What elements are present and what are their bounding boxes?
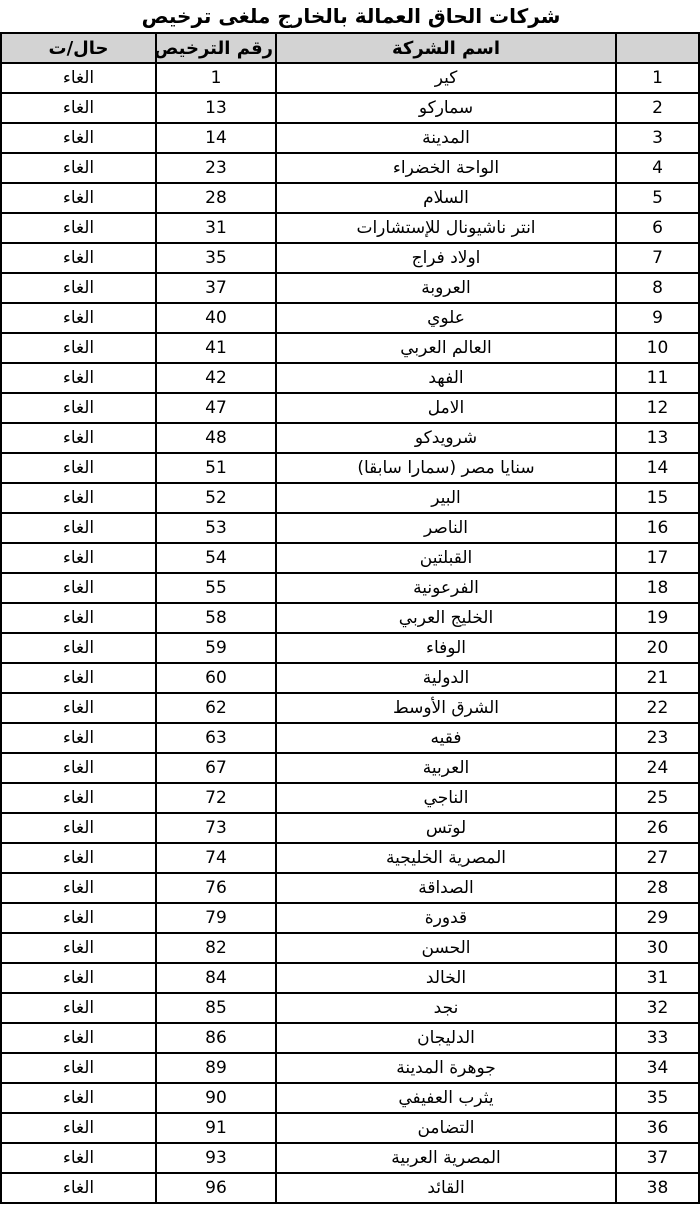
status-cell: الغاء (0, 573, 155, 603)
status-cell: الغاء (0, 1173, 155, 1203)
license-number-cell: 31 (155, 213, 275, 243)
license-number-cell: 28 (155, 183, 275, 213)
license-number-cell: 91 (155, 1113, 275, 1143)
table-row: 2سماركو13الغاء (0, 93, 698, 123)
row-number-cell: 10 (615, 333, 698, 363)
company-name-cell: البير (275, 483, 615, 513)
company-name-cell: نجد (275, 993, 615, 1023)
document-page: شركات الحاق العمالة بالخارج ملغى ترخيص ا… (0, 0, 700, 1206)
row-number-cell: 6 (615, 213, 698, 243)
row-number-cell: 29 (615, 903, 698, 933)
license-number-cell: 35 (155, 243, 275, 273)
company-name-cell: الصداقة (275, 873, 615, 903)
status-cell: الغاء (0, 183, 155, 213)
table-row: 25الناجي72الغاء (0, 783, 698, 813)
table-row: 29قدورة79الغاء (0, 903, 698, 933)
status-cell: الغاء (0, 423, 155, 453)
row-number-cell: 24 (615, 753, 698, 783)
row-number-cell: 14 (615, 453, 698, 483)
status-cell: الغاء (0, 783, 155, 813)
table-body: 1كير1الغاء2سماركو13الغاء3المدينة14الغاء4… (0, 63, 698, 1203)
row-number-cell: 19 (615, 603, 698, 633)
company-name-cell: اولاد فراج (275, 243, 615, 273)
status-cell: الغاء (0, 153, 155, 183)
table-row: 34جوهرة المدينة89الغاء (0, 1053, 698, 1083)
license-number-cell: 40 (155, 303, 275, 333)
status-cell: الغاء (0, 483, 155, 513)
company-name-cell: شرويدكو (275, 423, 615, 453)
status-cell: الغاء (0, 543, 155, 573)
status-cell: الغاء (0, 243, 155, 273)
table-row: 23فقيه63الغاء (0, 723, 698, 753)
table-row: 14سنايا مصر (سمارا سابقا)51الغاء (0, 453, 698, 483)
row-number-cell: 23 (615, 723, 698, 753)
license-number-cell: 1 (155, 63, 275, 93)
table-row: 27المصرية الخليجية74الغاء (0, 843, 698, 873)
company-name-cell: جوهرة المدينة (275, 1053, 615, 1083)
license-number-cell: 72 (155, 783, 275, 813)
row-number-cell: 17 (615, 543, 698, 573)
license-number-cell: 89 (155, 1053, 275, 1083)
row-number-cell: 1 (615, 63, 698, 93)
companies-table: اسم الشركة رقم الترخيص حال/ت 1كير1الغاء2… (0, 32, 699, 1204)
row-number-cell: 13 (615, 423, 698, 453)
license-number-cell: 60 (155, 663, 275, 693)
table-row: 32نجد85الغاء (0, 993, 698, 1023)
license-number-cell: 53 (155, 513, 275, 543)
row-number-cell: 31 (615, 963, 698, 993)
table-row: 8العروبة37الغاء (0, 273, 698, 303)
table-row: 33الدليجان86الغاء (0, 1023, 698, 1053)
row-number-cell: 4 (615, 153, 698, 183)
table-row: 18الفرعونية55الغاء (0, 573, 698, 603)
company-name-cell: الفرعونية (275, 573, 615, 603)
license-number-cell: 85 (155, 993, 275, 1023)
table-header: اسم الشركة رقم الترخيص حال/ت (0, 33, 698, 63)
license-number-cell: 14 (155, 123, 275, 153)
status-cell: الغاء (0, 513, 155, 543)
company-name-cell: المدينة (275, 123, 615, 153)
table-row: 22الشرق الأوسط62الغاء (0, 693, 698, 723)
row-number-cell: 2 (615, 93, 698, 123)
status-cell: الغاء (0, 753, 155, 783)
row-number-cell: 7 (615, 243, 698, 273)
table-row: 26لوتس73الغاء (0, 813, 698, 843)
license-number-cell: 13 (155, 93, 275, 123)
table-row: 19الخليج العربي58الغاء (0, 603, 698, 633)
table-row: 16الناصر53الغاء (0, 513, 698, 543)
license-number-cell: 63 (155, 723, 275, 753)
status-cell: الغاء (0, 333, 155, 363)
license-number-cell: 41 (155, 333, 275, 363)
table-header-row: اسم الشركة رقم الترخيص حال/ت (0, 33, 698, 63)
table-row: 24العربية67الغاء (0, 753, 698, 783)
table-row: 6انتر ناشيونال للإستشارات31الغاء (0, 213, 698, 243)
row-number-cell: 37 (615, 1143, 698, 1173)
company-name-cell: الوفاء (275, 633, 615, 663)
status-cell: الغاء (0, 393, 155, 423)
row-number-cell: 35 (615, 1083, 698, 1113)
license-number-cell: 73 (155, 813, 275, 843)
status-cell: الغاء (0, 93, 155, 123)
row-number-cell: 33 (615, 1023, 698, 1053)
row-number-cell: 27 (615, 843, 698, 873)
license-number-cell: 84 (155, 963, 275, 993)
license-number-cell: 54 (155, 543, 275, 573)
company-name-cell: الدولية (275, 663, 615, 693)
company-name-cell: الدليجان (275, 1023, 615, 1053)
company-name-cell: الفهد (275, 363, 615, 393)
company-name-cell: الواحة الخضراء (275, 153, 615, 183)
company-name-cell: كير (275, 63, 615, 93)
license-number-cell: 86 (155, 1023, 275, 1053)
row-number-cell: 25 (615, 783, 698, 813)
table-row: 13شرويدكو48الغاء (0, 423, 698, 453)
status-cell: الغاء (0, 933, 155, 963)
license-number-cell: 67 (155, 753, 275, 783)
status-cell: الغاء (0, 1113, 155, 1143)
row-number-cell: 9 (615, 303, 698, 333)
status-cell: الغاء (0, 1143, 155, 1173)
company-name-cell: العالم العربي (275, 333, 615, 363)
row-number-cell: 30 (615, 933, 698, 963)
row-number-cell: 12 (615, 393, 698, 423)
license-number-cell: 51 (155, 453, 275, 483)
company-name-cell: العروبة (275, 273, 615, 303)
license-number-cell: 58 (155, 603, 275, 633)
company-name-cell: قدورة (275, 903, 615, 933)
company-name-cell: سنايا مصر (سمارا سابقا) (275, 453, 615, 483)
table-row: 35يثرب العفيفي90الغاء (0, 1083, 698, 1113)
table-row: 28الصداقة76الغاء (0, 873, 698, 903)
status-cell: الغاء (0, 963, 155, 993)
table-row: 7اولاد فراج35الغاء (0, 243, 698, 273)
row-number-cell: 32 (615, 993, 698, 1023)
license-number-cell: 90 (155, 1083, 275, 1113)
table-row: 17القبلتين54الغاء (0, 543, 698, 573)
license-number-cell: 47 (155, 393, 275, 423)
row-number-cell: 26 (615, 813, 698, 843)
row-number-cell: 5 (615, 183, 698, 213)
row-number-cell: 28 (615, 873, 698, 903)
company-name-cell: انتر ناشيونال للإستشارات (275, 213, 615, 243)
table-row: 30الحسن82الغاء (0, 933, 698, 963)
status-cell: الغاء (0, 723, 155, 753)
row-number-cell: 15 (615, 483, 698, 513)
license-number-cell: 76 (155, 873, 275, 903)
license-number-cell: 62 (155, 693, 275, 723)
status-cell: الغاء (0, 303, 155, 333)
license-number-cell: 59 (155, 633, 275, 663)
status-cell: الغاء (0, 813, 155, 843)
company-name-cell: الناصر (275, 513, 615, 543)
table-row: 31الخالد84الغاء (0, 963, 698, 993)
row-number-cell: 36 (615, 1113, 698, 1143)
col-header-status: حال/ت (0, 33, 155, 63)
table-row: 38القائد96الغاء (0, 1173, 698, 1203)
license-number-cell: 37 (155, 273, 275, 303)
company-name-cell: العربية (275, 753, 615, 783)
table-row: 3المدينة14الغاء (0, 123, 698, 153)
status-cell: الغاء (0, 633, 155, 663)
row-number-cell: 34 (615, 1053, 698, 1083)
license-number-cell: 42 (155, 363, 275, 393)
company-name-cell: المصرية العربية (275, 1143, 615, 1173)
company-name-cell: السلام (275, 183, 615, 213)
license-number-cell: 82 (155, 933, 275, 963)
table-row: 20الوفاء59الغاء (0, 633, 698, 663)
status-cell: الغاء (0, 453, 155, 483)
status-cell: الغاء (0, 1083, 155, 1113)
table-row: 36التضامن91الغاء (0, 1113, 698, 1143)
company-name-cell: الخليج العربي (275, 603, 615, 633)
license-number-cell: 79 (155, 903, 275, 933)
status-cell: الغاء (0, 663, 155, 693)
row-number-cell: 8 (615, 273, 698, 303)
status-cell: الغاء (0, 213, 155, 243)
row-number-cell: 20 (615, 633, 698, 663)
company-name-cell: الناجي (275, 783, 615, 813)
col-header-row-number (615, 33, 698, 63)
company-name-cell: الشرق الأوسط (275, 693, 615, 723)
table-row: 21الدولية60الغاء (0, 663, 698, 693)
table-row: 37المصرية العربية93الغاء (0, 1143, 698, 1173)
row-number-cell: 18 (615, 573, 698, 603)
row-number-cell: 16 (615, 513, 698, 543)
status-cell: الغاء (0, 603, 155, 633)
row-number-cell: 22 (615, 693, 698, 723)
status-cell: الغاء (0, 693, 155, 723)
row-number-cell: 38 (615, 1173, 698, 1203)
status-cell: الغاء (0, 873, 155, 903)
company-name-cell: يثرب العفيفي (275, 1083, 615, 1113)
table-row: 15البير52الغاء (0, 483, 698, 513)
company-name-cell: الحسن (275, 933, 615, 963)
status-cell: الغاء (0, 1053, 155, 1083)
status-cell: الغاء (0, 843, 155, 873)
company-name-cell: فقيه (275, 723, 615, 753)
table-row: 9علوي40الغاء (0, 303, 698, 333)
status-cell: الغاء (0, 993, 155, 1023)
company-name-cell: علوي (275, 303, 615, 333)
table-row: 12الامل47الغاء (0, 393, 698, 423)
company-name-cell: الخالد (275, 963, 615, 993)
status-cell: الغاء (0, 123, 155, 153)
company-name-cell: القائد (275, 1173, 615, 1203)
company-name-cell: لوتس (275, 813, 615, 843)
license-number-cell: 74 (155, 843, 275, 873)
table-row: 5السلام28الغاء (0, 183, 698, 213)
row-number-cell: 3 (615, 123, 698, 153)
company-name-cell: القبلتين (275, 543, 615, 573)
license-number-cell: 96 (155, 1173, 275, 1203)
status-cell: الغاء (0, 1023, 155, 1053)
license-number-cell: 93 (155, 1143, 275, 1173)
license-number-cell: 52 (155, 483, 275, 513)
license-number-cell: 55 (155, 573, 275, 603)
license-number-cell: 23 (155, 153, 275, 183)
row-number-cell: 11 (615, 363, 698, 393)
status-cell: الغاء (0, 363, 155, 393)
row-number-cell: 21 (615, 663, 698, 693)
company-name-cell: الامل (275, 393, 615, 423)
status-cell: الغاء (0, 63, 155, 93)
table-row: 4الواحة الخضراء23الغاء (0, 153, 698, 183)
col-header-company-name: اسم الشركة (275, 33, 615, 63)
table-row: 10العالم العربي41الغاء (0, 333, 698, 363)
company-name-cell: التضامن (275, 1113, 615, 1143)
status-cell: الغاء (0, 273, 155, 303)
col-header-license-number: رقم الترخيص (155, 33, 275, 63)
company-name-cell: المصرية الخليجية (275, 843, 615, 873)
company-name-cell: سماركو (275, 93, 615, 123)
page-title: شركات الحاق العمالة بالخارج ملغى ترخيص (0, 0, 700, 32)
license-number-cell: 48 (155, 423, 275, 453)
status-cell: الغاء (0, 903, 155, 933)
table-row: 11الفهد42الغاء (0, 363, 698, 393)
table-row: 1كير1الغاء (0, 63, 698, 93)
